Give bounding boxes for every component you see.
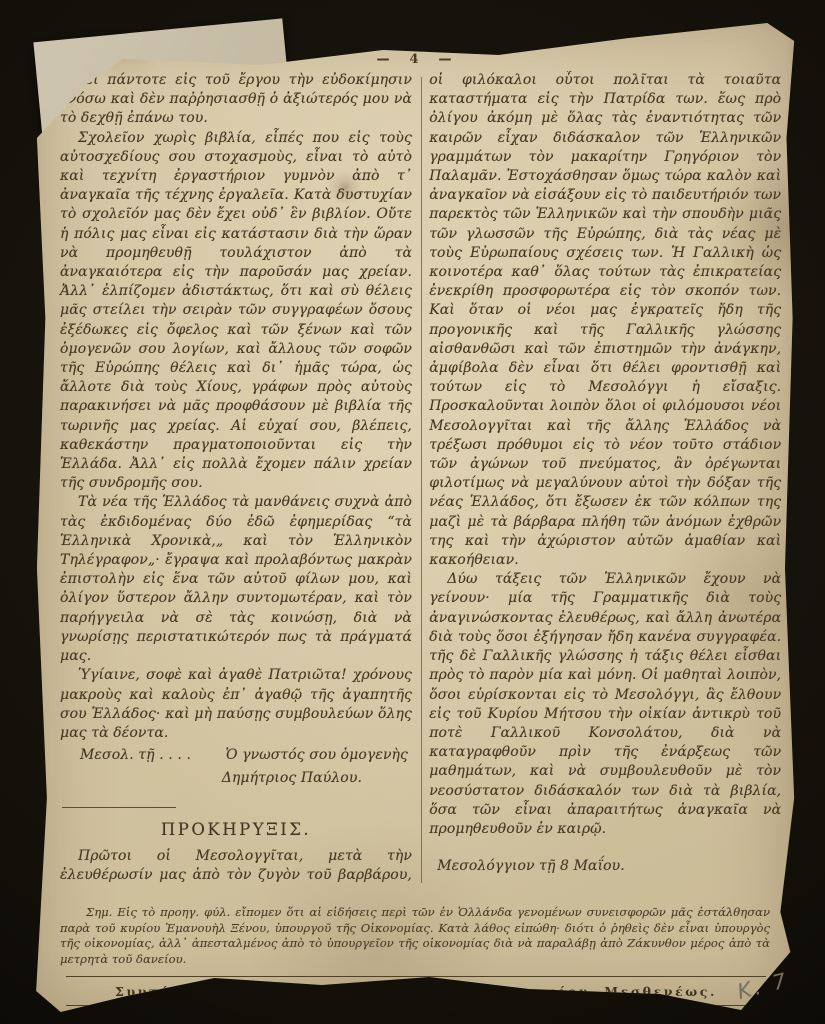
proclamation-dateline: Μεσολόγγιον τῇ 8 Μαΐου. — [429, 857, 781, 876]
imprint-block: Συντάκ. Ι. Ἰάκωβος Μάγερ. * Τυπ. Δημητρί… — [66, 976, 766, 1006]
imprint-rule-bottom — [66, 1005, 766, 1006]
letter-signature-name: Δημήτριος Παύλου. — [60, 769, 412, 788]
letter-signature-row: Μεσολ. τῇ . . . . Ὁ γνωστός σου ὁμογενὴς — [60, 743, 412, 765]
editorial-footnote: Σημ. Εἰς τὸ προηγ. φύλ. εἴπομεν ὅτι αἱ ε… — [60, 905, 770, 967]
letter-place-date: Μεσολ. τῇ . . . . — [80, 746, 191, 765]
paragraph: Τὰ νέα τῆς Ἑλλάδος τὰ μανθάνεις συχνὰ ἀπ… — [60, 493, 412, 666]
paragraph: Σχολεῖον χωρὶς βιβλία, εἶπές που εἰς τοὺ… — [60, 129, 412, 494]
scan-scene: —4— δηγεῖ πάντοτε εἰς τοῦ ἔργου τὴν εὐδο… — [0, 0, 825, 1024]
paragraph: οἱ φιλόκαλοι οὗτοι πολῖται τὰ τοιαῦτα κα… — [429, 71, 781, 570]
paragraph: Δύω τάξεις τῶν Ἑλληνικῶν ἔχουν νὰ γείνου… — [429, 570, 781, 839]
imprint-line: Συντάκ. Ι. Ἰάκωβος Μάγερ. * Τυπ. Δημητρί… — [66, 977, 766, 1005]
page-number: 4 — [409, 52, 418, 67]
paper-sheet: —4— δηγεῖ πάντοτε εἰς τοῦ ἔργου τὴν εὐδο… — [30, 18, 798, 1018]
column-divider — [421, 77, 422, 883]
paragraph: Πρῶτοι οἱ Μεσολογγῖται, μετὰ τὴν ἐλευθέρ… — [60, 847, 412, 883]
section-heading: ΠΡΟΚΗΡΥΞΙΣ. — [60, 820, 412, 839]
section-divider-rule — [62, 807, 176, 808]
paragraph: Ὑγίαινε, σοφὲ καὶ ἀγαθὲ Πατριῶτα! χρόνου… — [60, 666, 412, 743]
right-column: οἱ φιλόκαλοι οὗτοι πολῖται τὰ τοιαῦτα κα… — [429, 71, 781, 883]
left-column: δηγεῖ πάντοτε εἰς τοῦ ἔργου τὴν εὐδοκίμη… — [60, 71, 412, 883]
page-bottom-block: Σημ. Εἰς τὸ προηγ. φύλ. εἴπομεν ὅτι αἱ ε… — [30, 905, 798, 1006]
letter-closing: Ὁ γνωστός σου ὁμογενὴς — [225, 746, 408, 765]
header-dash-right: — — [439, 50, 452, 70]
paragraph: δηγεῖ πάντοτε εἰς τοῦ ἔργου τὴν εὐδοκίμη… — [60, 71, 412, 129]
text-columns: δηγεῖ πάντοτε εἰς τοῦ ἔργου τὴν εὐδοκίμη… — [30, 71, 798, 883]
header-dash-left: — — [376, 50, 389, 70]
